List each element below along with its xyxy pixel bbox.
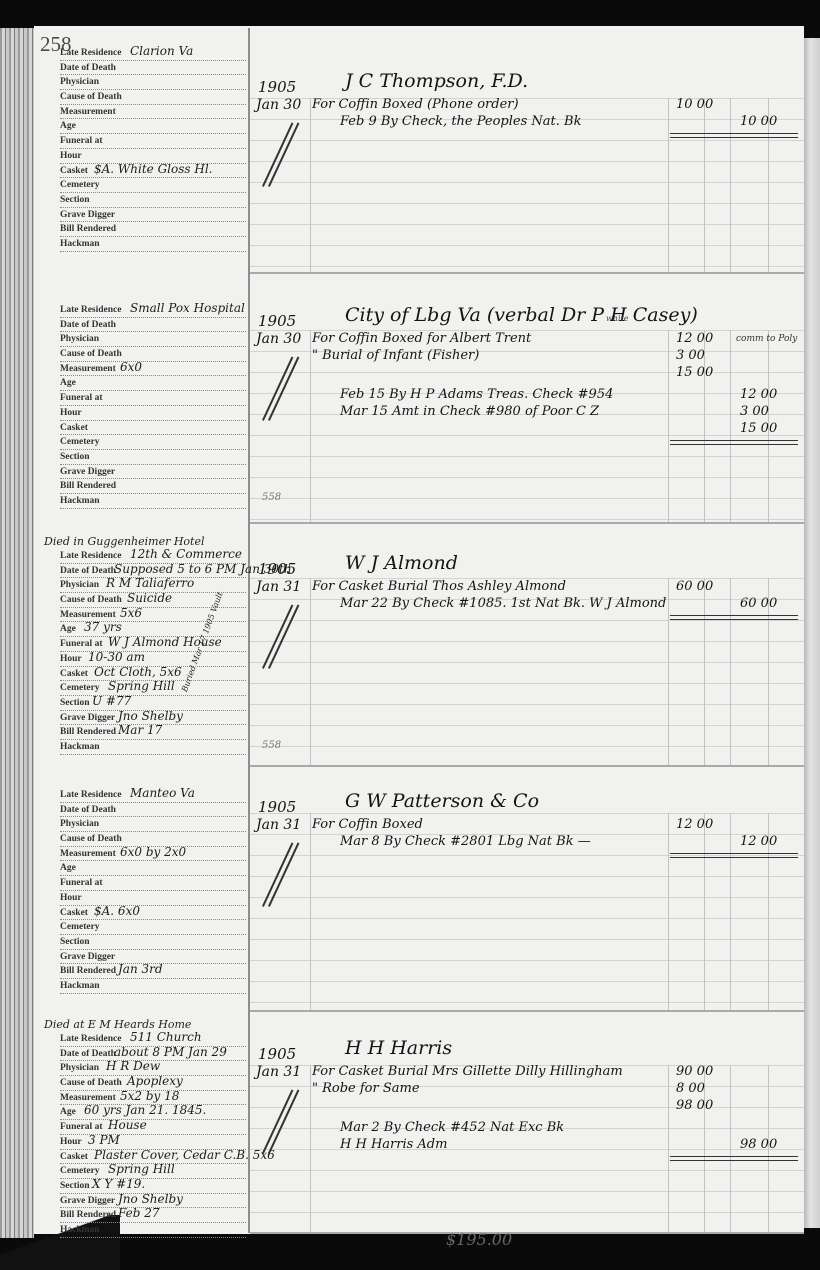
field-cause-of-death: Cause of Death: [60, 349, 246, 364]
field-label: Bill Rendered: [60, 481, 116, 491]
field-value: Mar 17: [118, 723, 162, 737]
ledger-rule-line: [250, 435, 804, 436]
field-label: Physician: [60, 580, 99, 590]
field-hackman: Hackman: [60, 981, 246, 996]
fill-line: [60, 177, 246, 178]
field-label: Grave Digger: [60, 952, 115, 962]
field-label: Hackman: [60, 981, 100, 991]
ledger-line-text: For Coffin Boxed for Albert Trent: [312, 331, 531, 346]
ledger-rule-line: [250, 1002, 804, 1003]
record-form-1: Late ResidenceClarion VaDate of DeathPhy…: [60, 48, 246, 254]
field-value: Jan 3rd: [118, 962, 163, 976]
fill-line: [60, 860, 246, 861]
fill-line: [60, 1237, 246, 1238]
field-label: Bill Rendered: [60, 727, 116, 737]
field-value: 6x0: [120, 360, 142, 374]
ledger-column-rule: [730, 98, 731, 272]
field-value: House: [108, 1118, 147, 1132]
field-value: Spring Hill: [108, 1162, 175, 1176]
field-hackman: Hackman: [60, 742, 246, 757]
field-value: 5x6: [120, 606, 142, 620]
field-label: Late Residence: [60, 48, 121, 58]
field-label: Cause of Death: [60, 1078, 122, 1088]
ledger-year: 1905: [258, 1045, 296, 1063]
field-value: 6x0 by 2x0: [120, 845, 186, 859]
ledger-line-text: For Casket Burial Mrs Gillette Dilly Hil…: [312, 1064, 623, 1079]
fill-line: [60, 890, 246, 891]
field-label: Hour: [60, 151, 82, 161]
ledger-rule-line: [250, 897, 804, 898]
closing-double-rule: [670, 133, 798, 134]
form-ledger-divider: [248, 28, 250, 1233]
field-label: Hour: [60, 408, 82, 418]
ledger-annotation: comm to Poly: [736, 334, 797, 344]
field-label: Physician: [60, 819, 99, 829]
field-age: Age60 yrs Jan 21. 1845.: [60, 1107, 246, 1122]
debit-amount: 3 00: [676, 348, 705, 363]
fill-line: [60, 192, 246, 193]
fill-line: [60, 695, 246, 696]
ledger-rule-line: [250, 456, 804, 457]
field-section: Section: [60, 452, 246, 467]
field-label: Funeral at: [60, 639, 102, 649]
field-age: Age: [60, 378, 246, 393]
fill-line: [60, 449, 246, 450]
record-form-5: Late Residence511 ChurchDate of Deathabo…: [60, 1034, 246, 1240]
ledger-date: Jan 30: [256, 97, 301, 113]
field-label: Hackman: [60, 239, 100, 249]
field-label: Cause of Death: [60, 92, 122, 102]
ledger-column-rule: [668, 813, 669, 1010]
ledger-column-rule: [310, 98, 311, 272]
field-value: 37 yrs: [84, 620, 122, 634]
field-value: Manteo Va: [130, 786, 195, 800]
field-label: Cause of Death: [60, 595, 122, 605]
field-label: Measurement: [60, 849, 116, 859]
fill-line: [60, 478, 246, 479]
field-label: Bill Rendered: [60, 224, 116, 234]
field-label: Hour: [60, 893, 82, 903]
fill-line: [60, 493, 246, 494]
field-bill-rendered: Bill Rendered: [60, 224, 246, 239]
field-label: Late Residence: [60, 1034, 121, 1044]
ledger-date: Jan 31: [256, 1064, 301, 1080]
closing-double-rule: [670, 853, 798, 854]
ledger-line-text: Feb 9 By Check, the Peoples Nat. Bk: [340, 114, 581, 129]
credit-amount: 60 00: [740, 596, 777, 611]
fill-line: [60, 802, 246, 803]
debit-amount: 15 00: [676, 365, 713, 380]
ledger-rule-line: [250, 876, 804, 877]
field-label: Age: [60, 378, 76, 388]
field-cemetery: Cemetery: [60, 437, 246, 452]
ledger-line-text: " Robe for Same: [312, 1081, 420, 1096]
section-separator: [250, 765, 804, 767]
page-right-edge: [804, 38, 820, 1228]
field-label: Section: [60, 452, 90, 462]
ledger-account-name: G W Patterson & Co: [345, 790, 539, 812]
ledger-rule-line: [250, 918, 804, 919]
ledger-line-text: Mar 22 By Check #1085. 1st Nat Bk. W J A…: [340, 596, 666, 611]
section-separator: [250, 1232, 804, 1234]
field-value: Feb 27: [118, 1206, 160, 1220]
ledger-rule-line: [250, 182, 804, 183]
field-label: Cause of Death: [60, 834, 122, 844]
field-label: Casket: [60, 166, 88, 176]
ledger-rule-line: [250, 662, 804, 663]
field-label: Casket: [60, 1152, 88, 1162]
field-label: Funeral at: [60, 878, 102, 888]
ledger-account-name: H H Harris: [345, 1037, 452, 1059]
ledger-rule-line: [250, 939, 804, 940]
ledger-line-text: Mar 8 By Check #2801 Lbg Nat Bk —: [340, 834, 591, 849]
field-label: Section: [60, 937, 90, 947]
closing-double-rule: [670, 1156, 798, 1157]
ledger-column-rule: [668, 1065, 669, 1232]
field-value: Jno Shelby: [118, 1192, 183, 1206]
ledger-rule-line: [250, 372, 804, 373]
fill-line: [60, 434, 246, 435]
field-label: Hour: [60, 654, 82, 664]
ledger-rule-line: [250, 1107, 804, 1108]
credit-amount: 15 00: [740, 421, 777, 436]
ledger-rule-line: [250, 477, 804, 478]
fill-line: [60, 346, 246, 347]
ledger-year: 1905: [258, 78, 296, 96]
closing-double-rule: [670, 615, 798, 616]
field-hackman: Hackman: [60, 1225, 246, 1240]
ledger-date: Jan 30: [256, 331, 301, 347]
field-label: Casket: [60, 908, 88, 918]
ledger-rule-line: [250, 498, 804, 499]
field-label: Age: [60, 121, 76, 131]
fill-line: [60, 464, 246, 465]
ledger-account-name: W J Almond: [345, 552, 458, 574]
credit-amount: 12 00: [740, 387, 777, 402]
field-label: Cemetery: [60, 683, 100, 693]
field-measurement: Measurement6x0 by 2x0: [60, 849, 246, 864]
field-value: R M Taliaferro: [106, 576, 194, 590]
field-section: Section: [60, 195, 246, 210]
field-value: U #77: [92, 694, 131, 708]
field-label: Late Residence: [60, 551, 121, 561]
field-label: Date of Death: [60, 320, 116, 330]
ledger-line-text: For Casket Burial Thos Ashley Almond: [312, 579, 566, 594]
ledger-small-note: white: [606, 314, 629, 323]
field-bill-rendered: Bill Rendered: [60, 481, 246, 496]
field-value: Plaster Cover, Cedar C.B. 5x6: [94, 1148, 275, 1162]
ledger-rule-line: [250, 1170, 804, 1171]
field-cemetery: CemeterySpring Hill: [60, 683, 246, 698]
field-label: Age: [60, 1107, 76, 1117]
field-label: Physician: [60, 1063, 99, 1073]
ledger-account-name: City of Lbg Va (verbal Dr P H Casey): [345, 304, 698, 326]
field-hackman: Hackman: [60, 239, 246, 254]
field-label: Cemetery: [60, 1166, 100, 1176]
field-value: Clarion Va: [130, 44, 193, 58]
field-label: Bill Rendered: [60, 1210, 116, 1220]
field-label: Age: [60, 863, 76, 873]
page-reference: 558: [262, 740, 281, 751]
credit-amount: 3 00: [740, 404, 769, 419]
ledger-rule-line: [250, 161, 804, 162]
field-label: Cemetery: [60, 437, 100, 447]
death-place-note: Died in Guggenheimer Hotel: [44, 535, 205, 548]
closing-double-rule: [670, 444, 798, 445]
ledger-rule-line: [250, 620, 804, 621]
field-label: Bill Rendered: [60, 966, 116, 976]
field-late-residence: Late ResidenceSmall Pox Hospital: [60, 305, 246, 320]
ledger-rule-line: [250, 704, 804, 705]
ledger-column-rule: [310, 578, 311, 765]
ledger-line-text: " Burial of Infant (Fisher): [312, 348, 479, 363]
debit-amount: 60 00: [676, 579, 713, 594]
fill-line: [60, 831, 246, 832]
closing-double-rule: [670, 857, 798, 858]
fill-line: [60, 89, 246, 90]
field-label: Date of Death: [60, 1049, 116, 1059]
ledger-rule-line: [250, 224, 804, 225]
field-measurement: Measurement: [60, 107, 246, 122]
fill-line: [60, 919, 246, 920]
ledger-line-text: Mar 15 Amt in Check #980 of Poor C Z: [340, 404, 599, 419]
fill-line: [60, 361, 246, 362]
field-funeral-at: Funeral at: [60, 136, 246, 151]
field-value: $A. White Gloss Hl.: [94, 162, 212, 176]
fill-line: [60, 816, 246, 817]
debit-amount: 10 00: [676, 97, 713, 112]
ledger-line-text: For Coffin Boxed: [312, 817, 423, 832]
page-reference: 558: [262, 492, 281, 503]
ledger-column-rule: [668, 98, 669, 272]
ledger-rule-line: [250, 1149, 804, 1150]
record-form-3: Late Residence12th & CommerceDate of Dea…: [60, 551, 246, 757]
ledger-rule-line: [250, 203, 804, 204]
credit-amount: 12 00: [740, 834, 777, 849]
ledger-rule-line: [250, 641, 804, 642]
fill-line: [60, 1222, 246, 1223]
field-cemetery: Cemetery: [60, 922, 246, 937]
ledger-rule-line: [250, 725, 804, 726]
field-funeral-at: Funeral at: [60, 878, 246, 893]
fill-line: [60, 905, 246, 906]
field-value: 10-30 am: [88, 650, 145, 664]
ledger-column-rule: [310, 1065, 311, 1232]
field-cemetery: Cemetery: [60, 180, 246, 195]
fill-line: [60, 993, 246, 994]
credit-amount: 10 00: [740, 114, 777, 129]
field-value: X Y #19.: [92, 1177, 145, 1191]
ledger-column-rule: [310, 813, 311, 1010]
field-label: Hackman: [60, 742, 100, 752]
fill-line: [60, 739, 246, 740]
field-label: Casket: [60, 669, 88, 679]
ledger-account-name: J C Thompson, F.D.: [345, 70, 528, 92]
ledger-rule-line: [250, 981, 804, 982]
field-value: 5x2 by 18: [120, 1089, 179, 1103]
ledger-column-rule: [704, 578, 705, 765]
field-grave-digger: Grave Digger: [60, 210, 246, 225]
section-separator: [250, 1010, 804, 1012]
ledger-year: 1905: [258, 312, 296, 330]
field-bill-rendered: Bill RenderedMar 17: [60, 727, 246, 742]
field-value: Suicide: [127, 591, 172, 605]
ledger-column-rule: [310, 330, 311, 522]
field-label: Physician: [60, 77, 99, 87]
fill-line: [60, 754, 246, 755]
field-hour: Hour: [60, 408, 246, 423]
book-spine-edges: [0, 28, 34, 1238]
ledger-rule-line: [250, 1212, 804, 1213]
ledger-column-rule: [668, 330, 669, 522]
field-label: Date of Death: [60, 63, 116, 73]
ledger-year: 1905: [258, 798, 296, 816]
ledger-year: 1905: [258, 560, 296, 578]
field-label: Date of Death: [60, 566, 116, 576]
ledger-rule-line: [250, 140, 804, 141]
closing-double-rule: [670, 1160, 798, 1161]
fill-line: [60, 934, 246, 935]
section-separator: [250, 522, 804, 524]
fill-line: [60, 331, 246, 332]
ledger-date: Jan 31: [256, 579, 301, 595]
field-cemetery: CemeterySpring Hill: [60, 1166, 246, 1181]
field-casket: Casket: [60, 423, 246, 438]
field-label: Funeral at: [60, 393, 102, 403]
record-form-2: Late ResidenceSmall Pox HospitalDate of …: [60, 305, 246, 511]
field-date-of-death: Date of Death: [60, 320, 246, 335]
field-late-residence: Late ResidenceClarion Va: [60, 48, 246, 63]
ledger-column-rule: [730, 578, 731, 765]
fill-line: [60, 236, 246, 237]
closing-double-rule: [670, 137, 798, 138]
field-value: Jno Shelby: [118, 709, 183, 723]
field-date-of-death: Date of Death: [60, 63, 246, 78]
field-label: Grave Digger: [60, 210, 115, 220]
field-label: Late Residence: [60, 790, 121, 800]
page-total-note: $195.00: [446, 1230, 512, 1249]
field-label: Grave Digger: [60, 1196, 115, 1206]
fill-line: [60, 978, 246, 979]
ledger-date: Jan 31: [256, 817, 301, 833]
field-value: 511 Church: [130, 1030, 202, 1044]
field-value: H R Dew: [106, 1059, 160, 1073]
fill-line: [60, 375, 246, 376]
fill-line: [60, 390, 246, 391]
ledger-rule-line: [250, 245, 804, 246]
ledger-rule-line: [250, 683, 804, 684]
ledger-rule-line: [250, 813, 804, 814]
field-cause-of-death: Cause of Death: [60, 92, 246, 107]
field-label: Age: [60, 624, 76, 634]
fill-line: [60, 420, 246, 421]
ledger-line-text: Mar 2 By Check #452 Nat Exc Bk: [340, 1120, 564, 1135]
field-label: Grave Digger: [60, 713, 115, 723]
field-label: Section: [60, 1181, 90, 1191]
field-label: Casket: [60, 423, 88, 433]
fill-line: [60, 207, 246, 208]
debit-amount: 90 00: [676, 1064, 713, 1079]
field-value: Spring Hill: [108, 679, 175, 693]
field-label: Hackman: [60, 1225, 100, 1235]
field-value: 60 yrs Jan 21. 1845.: [84, 1103, 206, 1117]
section-separator: [250, 272, 804, 274]
credit-amount: 98 00: [740, 1137, 777, 1152]
ledger-rule-line: [250, 855, 804, 856]
record-form-4: Late ResidenceManteo VaDate of DeathPhys…: [60, 790, 246, 996]
field-late-residence: Late ResidenceManteo Va: [60, 790, 246, 805]
field-label: Section: [60, 698, 90, 708]
debit-amount: 12 00: [676, 331, 713, 346]
field-casket: Casket$A. 6x0: [60, 908, 246, 923]
field-label: Physician: [60, 334, 99, 344]
field-casket: Casket$A. White Gloss Hl.: [60, 166, 246, 181]
fill-line: [60, 60, 246, 61]
ledger-rule-line: [250, 746, 804, 747]
ledger-column-rule: [668, 578, 669, 765]
ledger-line-text: Feb 15 By H P Adams Treas. Check #954: [340, 387, 613, 402]
field-grave-digger: Grave Digger: [60, 467, 246, 482]
fill-line: [60, 74, 246, 75]
field-label: Measurement: [60, 364, 116, 374]
field-label: Funeral at: [60, 1122, 102, 1132]
closing-double-rule: [670, 619, 798, 620]
field-hour: Hour: [60, 893, 246, 908]
fill-line: [60, 317, 246, 318]
fill-line: [60, 251, 246, 252]
death-place-note: Died at E M Heards Home: [44, 1018, 191, 1031]
field-label: Measurement: [60, 107, 116, 117]
field-label: Cemetery: [60, 180, 100, 190]
field-label: Grave Digger: [60, 467, 115, 477]
ledger-rule-line: [250, 519, 804, 520]
field-physician: Physician: [60, 819, 246, 834]
field-value: 12th & Commerce: [130, 547, 242, 561]
fill-line: [60, 949, 246, 950]
field-label: Late Residence: [60, 305, 121, 315]
field-date-of-death: Date of Death: [60, 805, 246, 820]
field-physician: Physician: [60, 77, 246, 92]
field-funeral-at: Funeral at: [60, 393, 246, 408]
field-value: about 8 PM Jan 29: [114, 1045, 227, 1059]
field-physician: Physician: [60, 334, 246, 349]
debit-amount: 12 00: [676, 817, 713, 832]
field-label: Hackman: [60, 496, 100, 506]
field-label: Cemetery: [60, 922, 100, 932]
debit-amount: 98 00: [676, 1098, 713, 1113]
field-value: Small Pox Hospital: [130, 301, 245, 315]
fill-line: [60, 148, 246, 149]
fill-line: [60, 508, 246, 509]
field-label: Measurement: [60, 1093, 116, 1103]
ledger-rule-line: [250, 1191, 804, 1192]
ledger-column-rule: [730, 1065, 731, 1232]
field-value: 3 PM: [88, 1133, 120, 1147]
ledger-line-text: H H Harris Adm: [340, 1137, 447, 1152]
field-age: Age: [60, 121, 246, 136]
fill-line: [60, 1119, 246, 1120]
ledger-rule-line: [250, 266, 804, 267]
field-value: Oct Cloth, 5x6: [94, 665, 182, 679]
field-label: Section: [60, 195, 90, 205]
field-measurement: Measurement6x0: [60, 364, 246, 379]
fill-line: [60, 875, 246, 876]
field-bill-rendered: Bill RenderedJan 3rd: [60, 966, 246, 981]
field-label: Cause of Death: [60, 349, 122, 359]
field-age: Age: [60, 863, 246, 878]
fill-line: [60, 118, 246, 119]
ledger-line-text: For Coffin Boxed (Phone order): [312, 97, 519, 112]
